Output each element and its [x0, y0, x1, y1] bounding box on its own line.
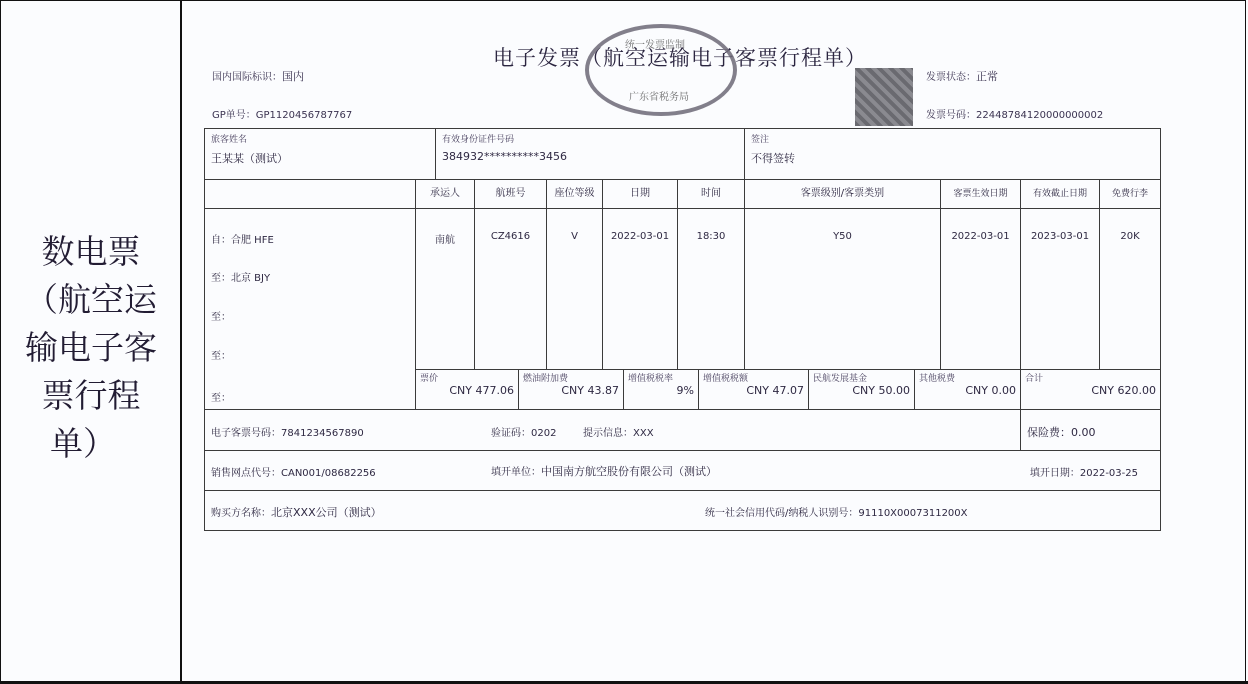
col-date: 日期	[602, 179, 678, 209]
col-valid-until: 有效截止日期	[1020, 179, 1100, 209]
route-to-4: 至：	[211, 389, 231, 404]
route-header-cell	[204, 179, 416, 209]
buyer-row: 购买方名称：北京XXX公司（测试） 统一社会信用代码/纳税人识别号：91110X…	[204, 490, 1161, 531]
side-label-line: 输电子客	[8, 324, 174, 372]
gp-number: GP单号：GP1120456787767	[212, 106, 352, 121]
passenger-id-cell: 有效身份证件号码 384932**********3456	[435, 128, 745, 180]
col-fare-basis: 客票级别/客票类别	[744, 179, 941, 209]
side-label-line: 票行程	[8, 372, 174, 420]
official-seal: 统一发票监制 广东省税务局	[585, 24, 737, 116]
fee-other-taxes: 其他税费CNY 0.00	[914, 369, 1021, 410]
date-value: 2022-03-01	[602, 208, 678, 370]
issuer: 填开单位：中国南方航空股份有限公司（测试）	[491, 463, 717, 479]
fee-civil-aviation-fund: 民航发展基金CNY 50.00	[808, 369, 915, 410]
side-label-line: 数电票	[8, 228, 174, 276]
fee-fuel-surcharge: 燃油附加费CNY 43.87	[518, 369, 624, 410]
route-to-2: 至：	[211, 308, 231, 323]
side-label-line: （航空运	[8, 276, 174, 324]
side-label-line: 单）	[8, 420, 174, 468]
domestic-intl-flag: 国内国际标识：国内	[212, 68, 304, 84]
flight-no-value: CZ4616	[474, 208, 547, 370]
fee-vat-amount: 增值税税额CNY 47.07	[698, 369, 809, 410]
insurance-cell: 保险费：0.00	[1020, 409, 1161, 451]
agent-code: 销售网点代号：CAN001/08682256	[211, 464, 376, 479]
eticket-number: 电子客票号码：7841234567890	[211, 424, 364, 439]
issuer-row: 销售网点代号：CAN001/08682256 填开单位：中国南方航空股份有限公司…	[204, 450, 1161, 491]
buyer-name: 购买方名称：北京XXX公司（测试）	[211, 504, 382, 520]
seal-top-text: 统一发票监制	[625, 36, 685, 51]
col-seat-class: 座位等级	[546, 179, 603, 209]
col-valid-from: 客票生效日期	[940, 179, 1021, 209]
endorsement-cell: 签注 不得签转	[744, 128, 1161, 180]
route-from: 自：合肥 HFE	[211, 231, 274, 246]
check-code: 验证码：0202	[491, 424, 556, 439]
valid-from-value: 2022-03-01	[940, 208, 1021, 370]
eticket-row: 电子客票号码：7841234567890 验证码：0202 提示信息：XXX	[204, 409, 1021, 451]
fee-total: 合计CNY 620.00	[1020, 369, 1161, 410]
side-label: 数电票 （航空运 输电子客 票行程 单）	[8, 228, 174, 468]
seal-bottom-text: 广东省税务局	[629, 88, 689, 103]
qr-code	[855, 68, 913, 126]
fee-vat-rate: 增值税税率9%	[623, 369, 699, 410]
fee-fare: 票价CNY 477.06	[415, 369, 519, 410]
baggage-value: 20K	[1099, 208, 1161, 370]
route-to-3: 至：	[211, 347, 231, 362]
passenger-name-cell: 旅客姓名 王某某（测试）	[204, 128, 436, 180]
col-time: 时间	[677, 179, 745, 209]
valid-until-value: 2023-03-01	[1020, 208, 1100, 370]
issue-date: 填开日期：2022-03-25	[1030, 464, 1138, 479]
col-flight-no: 航班号	[474, 179, 547, 209]
invoice-number: 发票号码：22448784120000000002	[926, 106, 1103, 121]
route-to-1: 至：北京 BJY	[211, 269, 270, 284]
time-value: 18:30	[677, 208, 745, 370]
carrier-value: 南航	[415, 208, 475, 370]
invoice-status: 发票状态：正常	[926, 68, 998, 84]
col-baggage: 免费行李	[1099, 179, 1161, 209]
column-divider	[180, 0, 182, 684]
route-cell: 自：合肥 HFE 至：北京 BJY 至： 至： 至：	[204, 208, 416, 410]
buyer-tax-id: 统一社会信用代码/纳税人识别号：91110X0007311200X	[705, 504, 968, 519]
fare-basis-value: Y50	[744, 208, 941, 370]
info-text: 提示信息：XXX	[583, 424, 654, 439]
seat-class-value: V	[546, 208, 603, 370]
col-carrier: 承运人	[415, 179, 475, 209]
